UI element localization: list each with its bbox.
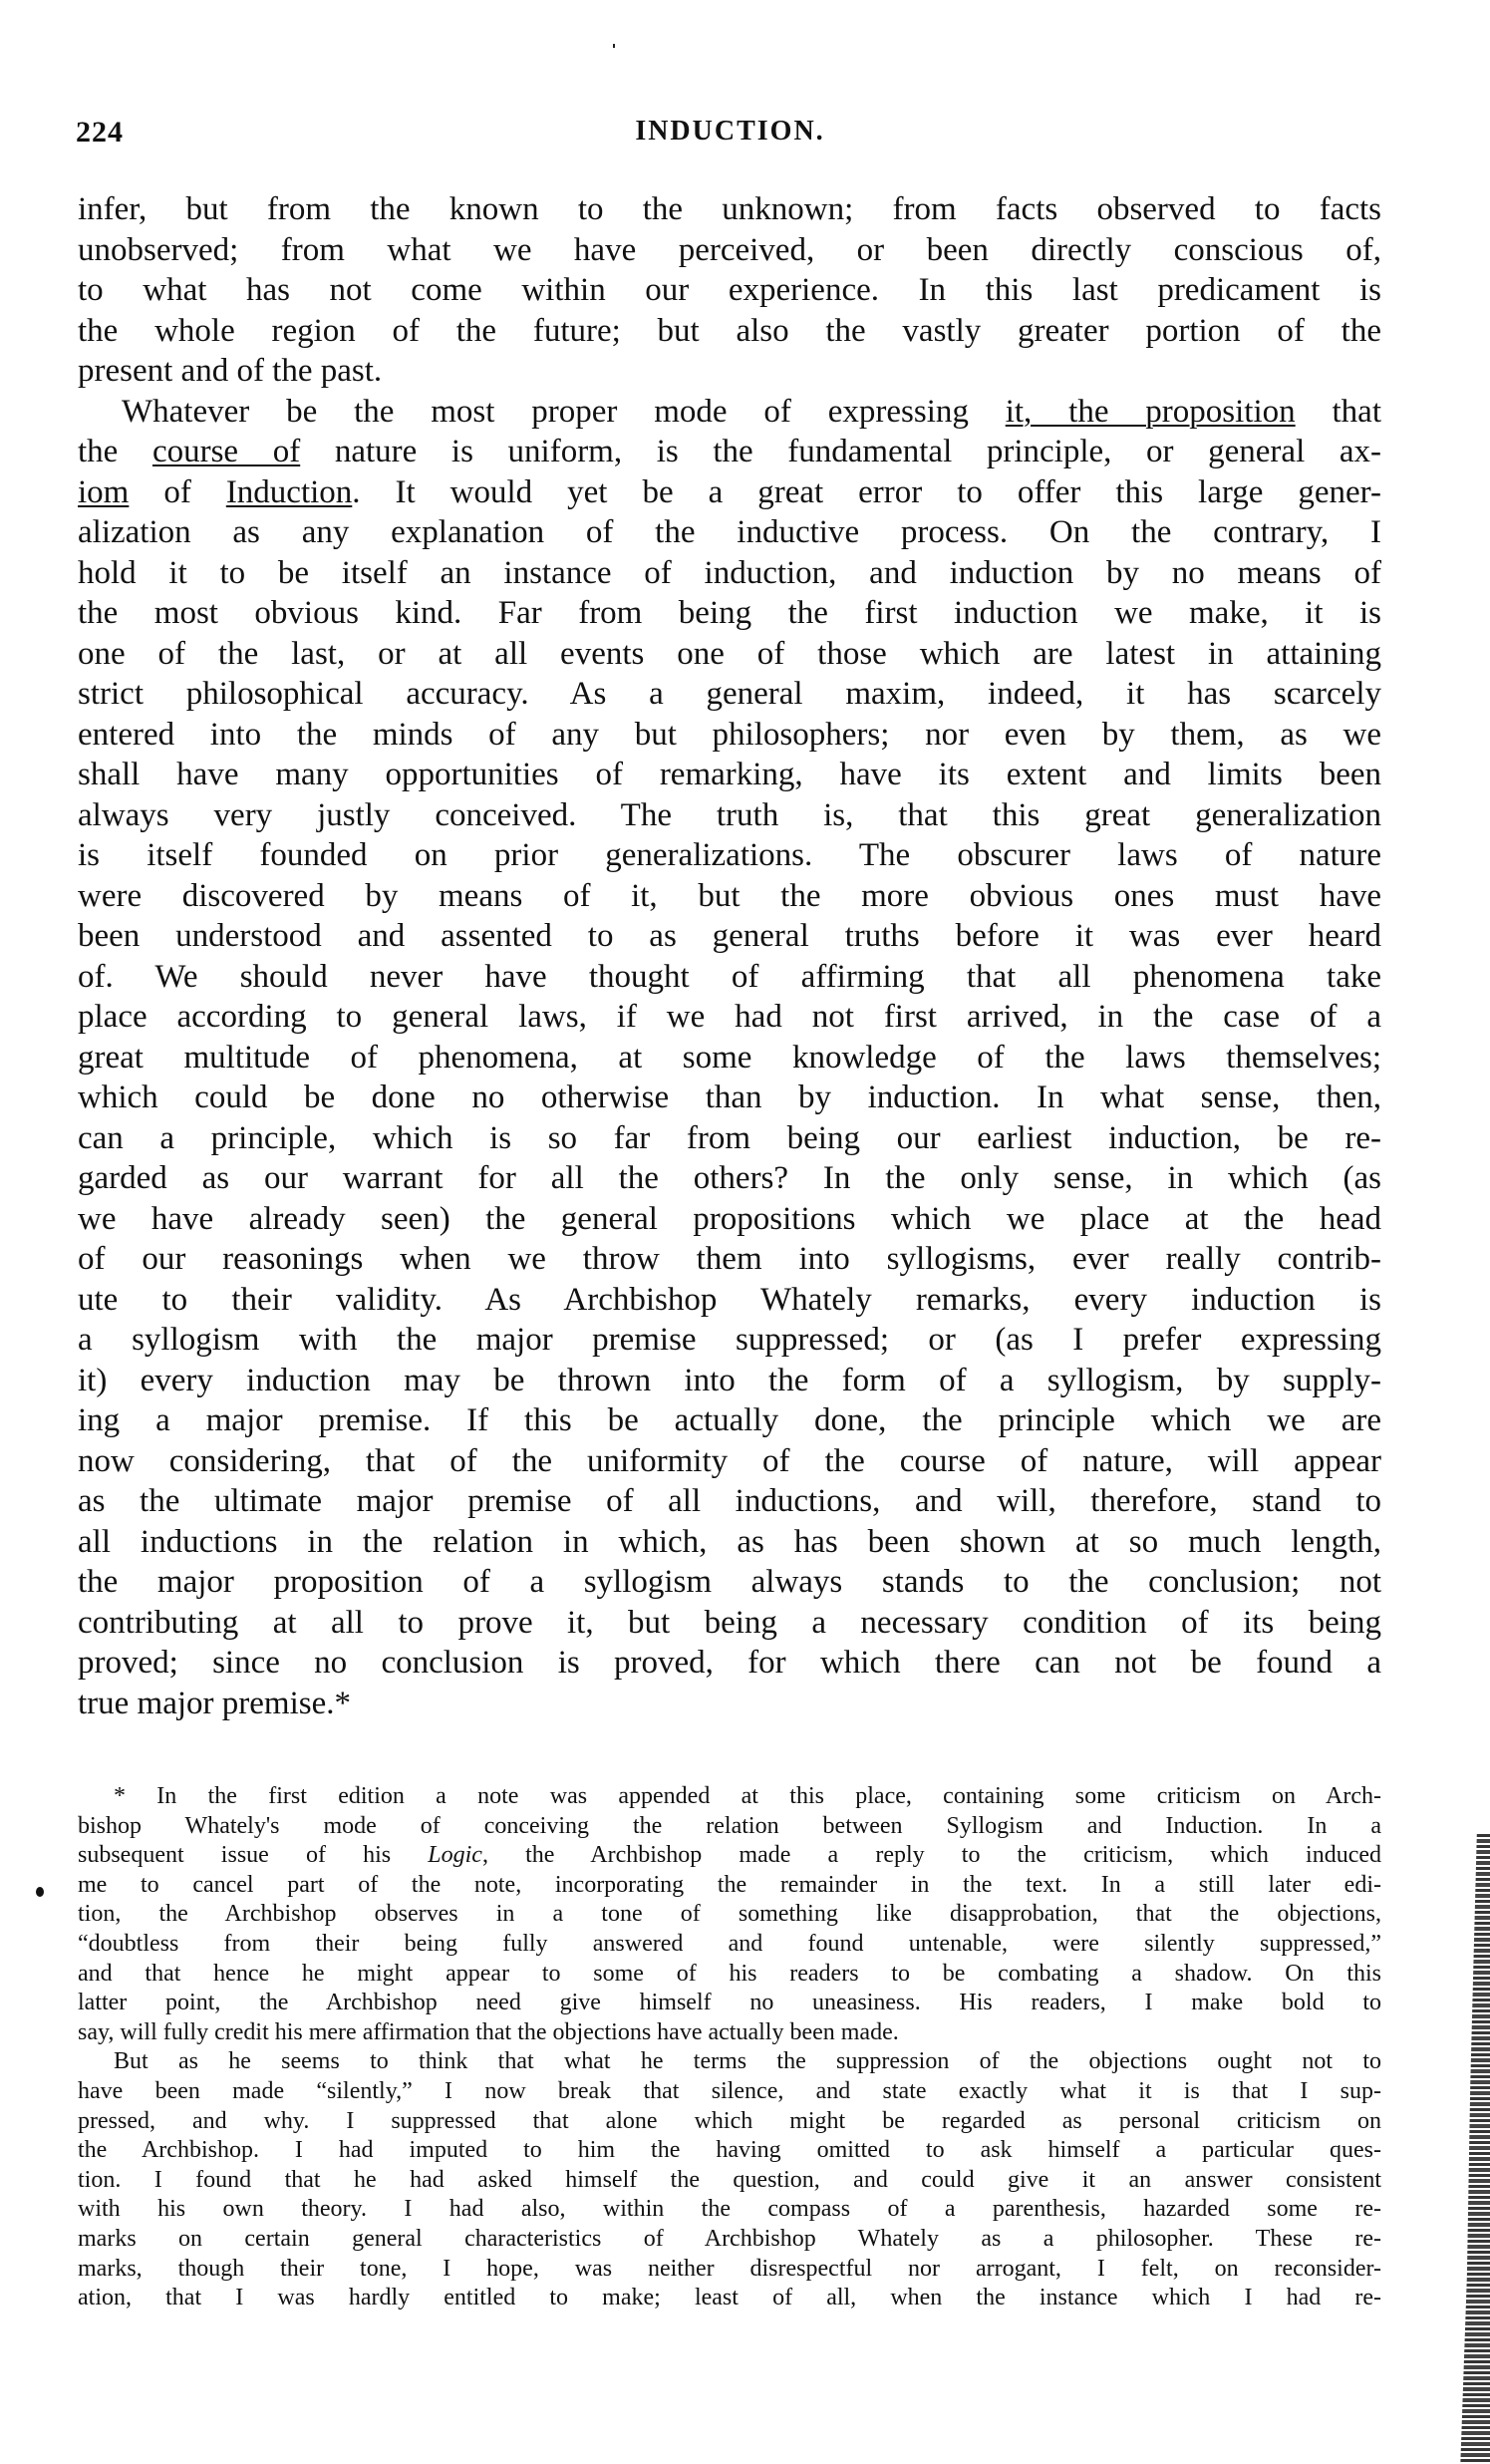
text-line: contributing at all to prove it, but bei… <box>78 1603 1381 1644</box>
footnote-line: the Archbishop. I had imputed to him the… <box>78 2136 1381 2166</box>
footnote-line: marks on certain general characteristics… <box>78 2225 1381 2255</box>
footnote-line: and that hence he might appear to some o… <box>78 1960 1381 1990</box>
text-line: infer, but from the known to the unknown… <box>78 189 1381 230</box>
text-line: been understood and assented to as gener… <box>78 916 1381 957</box>
footnote-line: me to cancel part of the note, incorpora… <box>78 1871 1381 1901</box>
text-line: strict philosophical accuracy. As a gene… <box>78 674 1381 715</box>
text-line: can a principle, which is so far from be… <box>78 1118 1381 1159</box>
text-segment: . It would yet be a great error to offer… <box>352 474 1381 510</box>
text-line: of our reasonings when we throw them int… <box>78 1239 1381 1280</box>
text-line: all inductions in the relation in which,… <box>78 1522 1381 1563</box>
footnote-line: subsequent issue of his Logic, the Archb… <box>78 1841 1381 1871</box>
underlined-annotation: it, the proposition <box>1006 394 1296 430</box>
text-line: present and of the past. <box>78 351 1381 392</box>
text-line: we have already seen) the general propos… <box>78 1199 1381 1240</box>
text-line: the major proposition of a syllogism alw… <box>78 1562 1381 1603</box>
text-line: the course of nature is uniform, is the … <box>78 432 1381 472</box>
footnote-line: tion. I found that he had asked himself … <box>78 2166 1381 2196</box>
footnote-line: with his own theory. I had also, within … <box>78 2195 1381 2225</box>
italic-title: Logic <box>428 1842 482 1868</box>
text-line: entered into the minds of any but philos… <box>78 715 1381 756</box>
running-head: INDUCTION. <box>0 116 1490 148</box>
scan-speck <box>613 44 615 48</box>
text-line: were discovered by means of it, but the … <box>78 876 1381 917</box>
footnote-line: “doubtless from their being fully answer… <box>78 1930 1381 1960</box>
text-segment: , the Archbishop made a reply to the cri… <box>482 1842 1381 1868</box>
text-line: the whole region of the future; but also… <box>78 311 1381 352</box>
footnote-line: marks, though their tone, I hope, was ne… <box>78 2255 1381 2285</box>
underlined-annotation: Induction <box>226 474 352 510</box>
footnote-line: latter point, the Archbishop need give h… <box>78 1989 1381 2018</box>
text-line: place according to general laws, if we h… <box>78 997 1381 1038</box>
text-segment: of <box>129 474 225 510</box>
footnote-line: pressed, and why. I suppressed that alon… <box>78 2107 1381 2137</box>
footnote-line: say, will fully credit his mere affirmat… <box>78 2018 1381 2048</box>
running-head-text: INDUCTION. <box>635 116 824 148</box>
text-line: a syllogism with the major premise suppr… <box>78 1320 1381 1361</box>
scanned-page-edge <box>1457 1834 1490 2464</box>
text-line: which could be done no otherwise than by… <box>78 1078 1381 1118</box>
footnote-line: * In the first edition a note was append… <box>78 1782 1381 1812</box>
main-text: infer, but from the known to the unknown… <box>78 189 1381 1723</box>
text-line: hold it to be itself an instance of indu… <box>78 553 1381 594</box>
text-line: great multitude of phenomena, at some kn… <box>78 1038 1381 1078</box>
ink-mark <box>36 1887 44 1897</box>
text-line: it) every induction may be thrown into t… <box>78 1361 1381 1401</box>
footnote-line-paragraph-start: But as he seems to think that what he te… <box>78 2047 1381 2077</box>
text-line-paragraph-start: Whatever be the most proper mode of expr… <box>78 392 1381 433</box>
text-line: as the ultimate major premise of all ind… <box>78 1481 1381 1522</box>
text-line: always very justly conceived. The truth … <box>78 795 1381 836</box>
footnote: * In the first edition a note was append… <box>78 1782 1381 2313</box>
text-segment: subsequent issue of his <box>78 1842 428 1868</box>
footnote-line: tion, the Archbishop observes in a tone … <box>78 1900 1381 1930</box>
text-line: ute to their validity. As Archbishop Wha… <box>78 1280 1381 1321</box>
text-segment: Whatever be the most proper mode of expr… <box>122 394 1006 430</box>
text-line: the most obvious kind. Far from being th… <box>78 593 1381 634</box>
text-line: to what has not come within our experien… <box>78 270 1381 311</box>
text-line: proved; since no conclusion is proved, f… <box>78 1643 1381 1684</box>
text-line: garded as our warrant for all the others… <box>78 1158 1381 1199</box>
text-line: now considering, that of the uniformity … <box>78 1441 1381 1482</box>
text-line: iom of Induction. It would yet be a grea… <box>78 472 1381 513</box>
text-line: unobserved; from what we have perceived,… <box>78 230 1381 271</box>
text-line: one of the last, or at all events one of… <box>78 634 1381 675</box>
footnote-line: bishop Whately's mode of conceiving the … <box>78 1812 1381 1842</box>
underlined-annotation: iom <box>78 474 129 510</box>
text-line: ing a major premise. If this be actually… <box>78 1400 1381 1441</box>
text-line: is itself founded on prior generalizatio… <box>78 835 1381 876</box>
footnote-line: ation, that I was hardly entitled to mak… <box>78 2284 1381 2313</box>
footnote-line: have been made “silently,” I now break t… <box>78 2077 1381 2107</box>
text-line-footnote-ref: true major premise.* <box>78 1684 1381 1724</box>
text-segment: that <box>1296 394 1381 430</box>
text-line: shall have many opportunities of remarki… <box>78 755 1381 795</box>
text-segment: nature is uniform, is the fundamental pr… <box>300 434 1381 469</box>
text-segment: the <box>78 434 152 469</box>
text-line: alization as any explanation of the indu… <box>78 512 1381 553</box>
underlined-annotation: course of <box>152 434 300 469</box>
text-line: of. We should never have thought of affi… <box>78 957 1381 998</box>
